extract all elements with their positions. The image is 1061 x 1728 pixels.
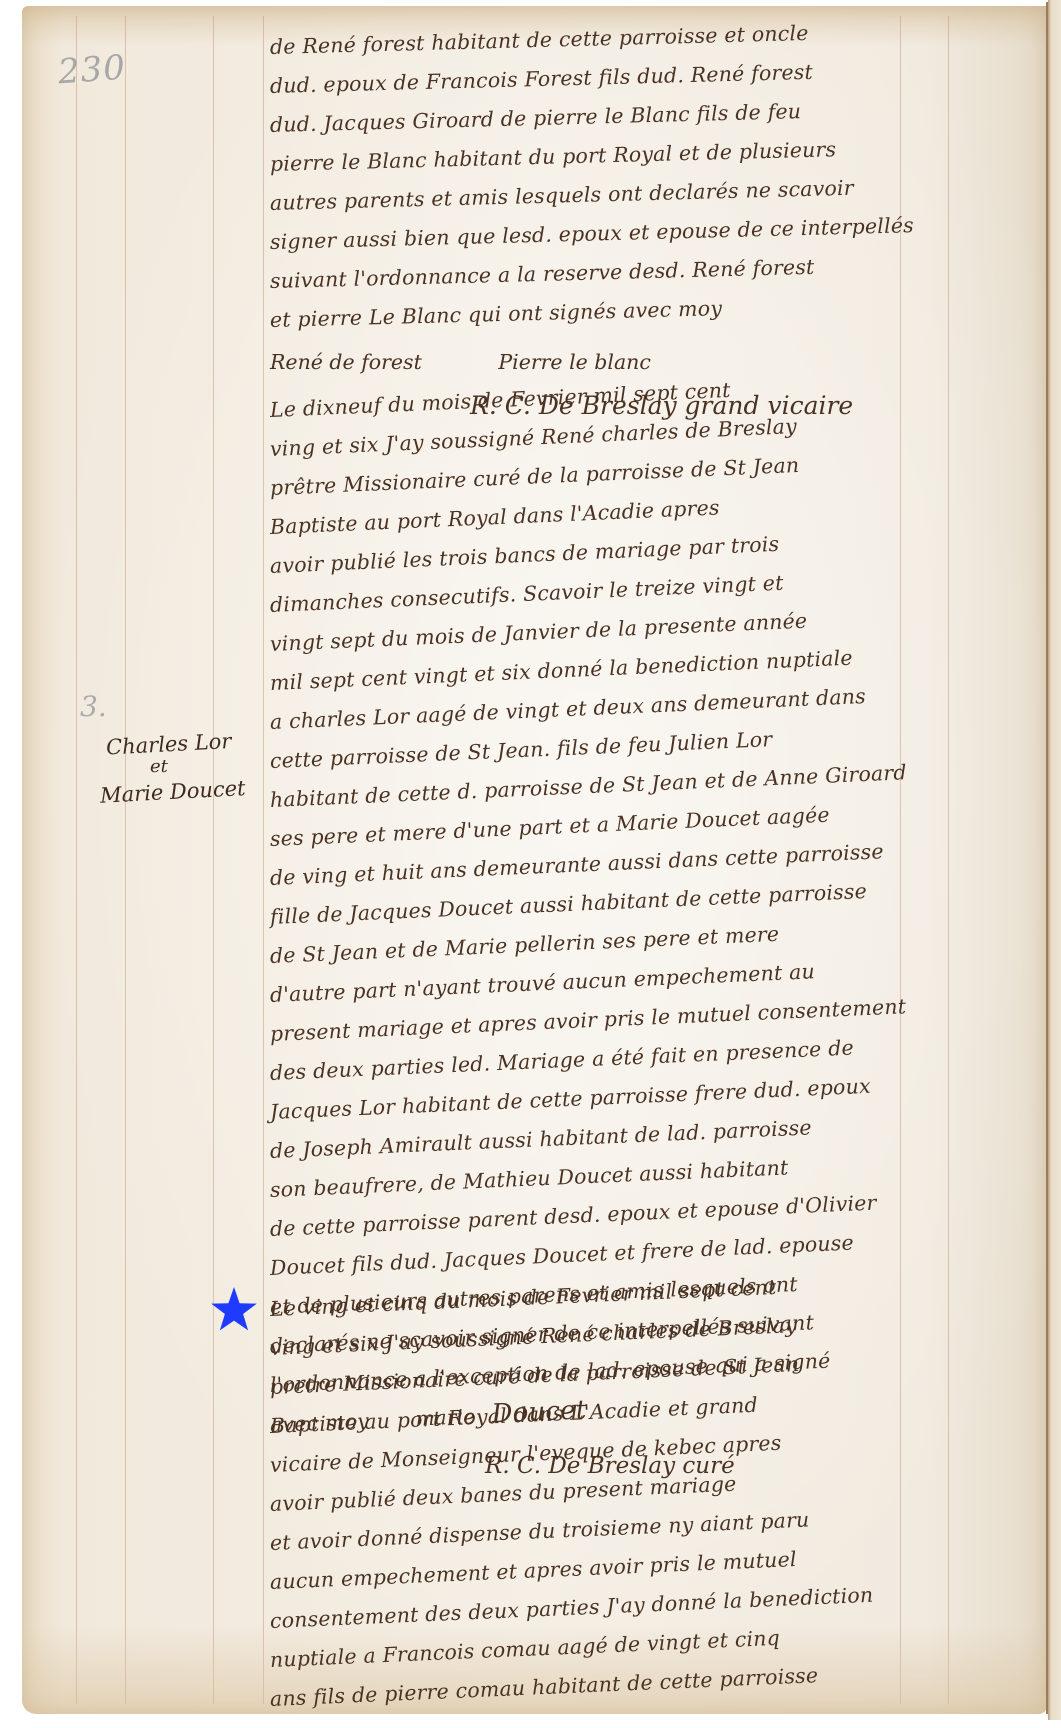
star-icon: [210, 1285, 258, 1333]
entry-number: 3.: [80, 690, 107, 723]
groom-name: Charles Lor: [105, 723, 280, 762]
margin-rule-line: [125, 16, 126, 1704]
signature-rene-forest: René de forest: [270, 350, 422, 374]
margin-rule-line: [263, 16, 264, 1704]
binding-crease: [1046, 2, 1048, 1714]
signature-pierre-le-blanc: Pierre le blanc: [498, 350, 651, 374]
margin-names: Charles Lor et Marie Doucet: [100, 728, 280, 806]
margin-rule-line: [76, 16, 77, 1704]
entry-next: Le ving et cinq du mois de Fevrier mil s…: [270, 1290, 1010, 1719]
margin-rule-line: [213, 16, 214, 1704]
folio-number: 230: [57, 48, 128, 93]
bride-name: Marie Doucet: [99, 771, 280, 810]
next-page-edge: [1048, 0, 1061, 1720]
